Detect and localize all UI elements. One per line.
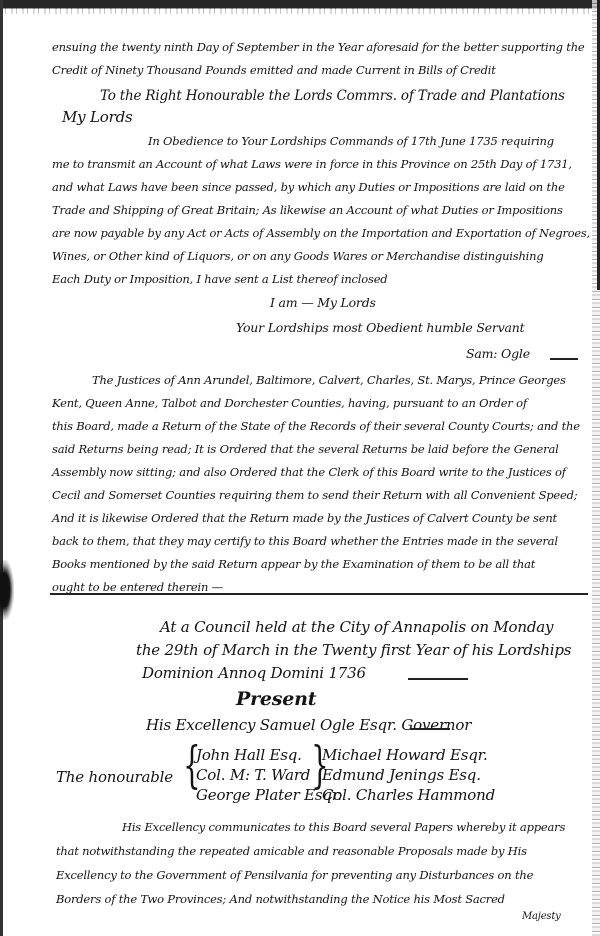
member-right-1: Michael Howard Esqr. [322, 748, 488, 763]
justices-line-3: this Board, made a Return of the State o… [52, 421, 580, 433]
catchword: Majesty [522, 912, 561, 922]
letter-closing-2: Your Lordships most Obedient humble Serv… [236, 322, 524, 335]
council-heading-line-1: At a Council held at the City of Annapol… [160, 620, 553, 635]
letter-body-line-4: Trade and Shipping of Great Britain; As … [52, 205, 563, 217]
justices-line-5: Assembly now sitting; and also Ordered t… [52, 467, 566, 479]
letter-body-line-7: Each Duty or Imposition, I have sent a L… [52, 274, 387, 286]
final-line-1: His Excellency communicates to this Boar… [122, 822, 565, 834]
justices-line-9: Books mentioned by the said Return appea… [52, 559, 535, 571]
heading-flourish [408, 678, 468, 680]
present-governor: His Excellency Samuel Ogle Esqr. Governo… [146, 718, 471, 733]
manuscript-page: ensuing the twenty ninth Day of Septembe… [0, 0, 600, 936]
member-left-1: John Hall Esq. [196, 748, 302, 763]
letter-body-line-2: me to transmit an Account of what Laws w… [52, 159, 572, 171]
letter-signature: Sam: Ogle [466, 348, 530, 361]
letter-body-line-1: In Obedience to Your Lordships Commands … [148, 136, 554, 148]
letter-body-line-6: Wines, or Other kind of Liquors, or on a… [52, 251, 544, 263]
governor-flourish [410, 728, 450, 730]
letter-closing-1: I am — My Lords [270, 297, 376, 310]
intro-line-2: Credit of Ninety Thousand Pounds emitted… [52, 65, 496, 77]
justices-line-4: said Returns being read; It is Ordered t… [52, 444, 559, 456]
council-heading-line-2: the 29th of March in the Twenty first Ye… [136, 643, 571, 658]
justices-line-10: ought to be entered therein — [52, 582, 223, 594]
justices-line-1: The Justices of Ann Arundel, Baltimore, … [92, 375, 566, 387]
signature-flourish [550, 358, 578, 360]
member-right-2: Edmund Jenings Esq. [322, 768, 481, 783]
final-line-4: Borders of the Two Provinces; And notwit… [56, 894, 505, 906]
letter-body-line-3: and what Laws have been since passed, by… [52, 182, 565, 194]
council-heading-line-3: Dominion Annoq Domini 1736 [142, 666, 366, 681]
honourable-label: The honourable [56, 770, 173, 785]
justices-line-7: And it is likewise Ordered that the Retu… [52, 513, 557, 525]
member-right-3: Col. Charles Hammond [322, 788, 495, 803]
justices-line-2: Kent, Queen Anne, Talbot and Dorchester … [52, 398, 527, 410]
justices-line-8: back to them, that they may certify to t… [52, 536, 558, 548]
letter-salutation: My Lords [62, 110, 132, 125]
final-line-3: Excellency to the Government of Pensilva… [56, 870, 533, 882]
final-line-2: that notwithstanding the repeated amicab… [56, 846, 527, 858]
member-left-2: Col. M: T. Ward [196, 768, 310, 783]
section-divider-rule [50, 593, 588, 595]
justices-line-6: Cecil and Somerset Counties requiring th… [52, 490, 577, 502]
present-label: Present [236, 690, 316, 709]
letter-address: To the Right Honourable the Lords Commrs… [100, 90, 565, 104]
letter-body-line-5: are now payable by any Act or Acts of As… [52, 228, 590, 240]
intro-line-1: ensuing the twenty ninth Day of Septembe… [52, 42, 585, 54]
